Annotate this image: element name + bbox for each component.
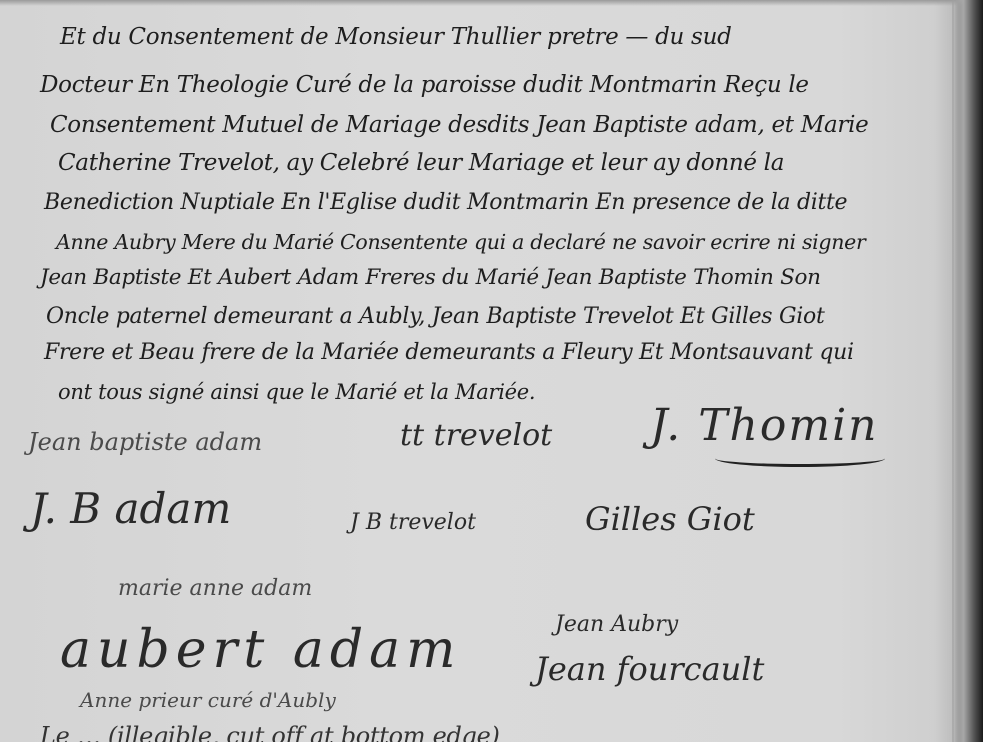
signature-jean-aubry: Jean Aubry — [555, 612, 678, 637]
signature-marie-anne-adam: marie anne adam — [118, 576, 312, 601]
body-line-5: Benediction Nuptiale En l'Eglise dudit M… — [44, 190, 847, 215]
signature-aubert-adam: aubert adam — [60, 620, 461, 680]
signature-prieur-cure: Anne prieur curé d'Aubly — [80, 688, 336, 712]
body-line-4: Catherine Trevelot, ay Celebré leur Mari… — [58, 150, 784, 176]
cut-off-line: Le … (illegible, cut off at bottom edge) — [40, 722, 500, 742]
body-line-6: Anne Aubry Mere du Marié Consentente qui… — [56, 230, 865, 254]
signature-trevelot: tt trevelot — [400, 418, 552, 453]
body-line-1: Et du Consentement de Monsieur Thullier … — [60, 24, 890, 50]
signature-thomin: J. Thomin — [650, 400, 879, 451]
body-line-10: ont tous signé ainsi que le Marié et la … — [58, 380, 535, 404]
body-line-2: Docteur En Theologie Curé de la paroisse… — [40, 72, 809, 98]
manuscript-page: Et du Consentement de Monsieur Thullier … — [0, 0, 983, 742]
body-line-9: Frere et Beau frere de la Mariée demeura… — [44, 340, 854, 365]
body-line-3: Consentement Mutuel de Mariage desdits J… — [50, 112, 868, 138]
signature-gilles-giot: Gilles Giot — [585, 500, 755, 538]
binding-edge — [953, 0, 983, 742]
signature-jb-adam: J. B adam — [30, 484, 231, 533]
signature-jean-fourcault: Jean fourcault — [535, 650, 764, 688]
signature-jean-baptiste-adam: Jean baptiste adam — [28, 428, 262, 456]
body-line-8: Oncle paternel demeurant a Aubly, Jean B… — [46, 304, 825, 329]
page-top-shadow — [0, 0, 983, 6]
signature-flourish — [715, 450, 885, 467]
body-line-7: Jean Baptiste Et Aubert Adam Freres du M… — [40, 265, 821, 290]
signature-jb-trevelot: J B trevelot — [350, 510, 476, 535]
